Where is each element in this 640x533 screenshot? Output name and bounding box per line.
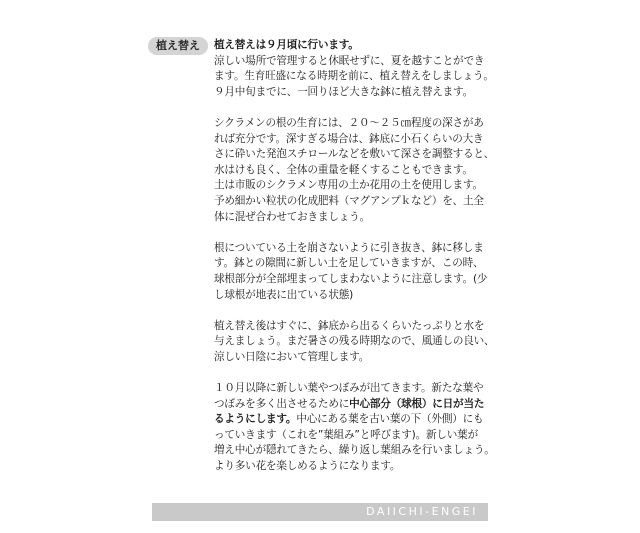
text-segment: 中心にある葉を古い葉の下（外側）にも xyxy=(296,413,483,425)
text-line: るようにします。中心にある葉を古い葉の下（外側）にも xyxy=(214,412,496,428)
text-line: 体に混ぜ合わせておきましょう。 xyxy=(214,210,496,226)
text-line: 涼しい日陰において管理します。 xyxy=(214,350,496,366)
text-line: し球根が地表に出ている状態) xyxy=(214,288,496,304)
paragraph-watering: 植え替え後はすぐに、鉢底から出るくらいたっぷりと水を 与えましょう。まだ暑さの残… xyxy=(214,319,496,366)
text-line: シクラメンの根の生育には、２０～２５㎝程度の深さがあ xyxy=(214,116,496,132)
text-line: 根についている土を崩さないように引き抜き、鉢に移しま xyxy=(214,241,496,257)
text-line: ９月中旬までに、一回りほど大きな鉢に植え替えます。 xyxy=(214,85,496,101)
text-segment: つぼみを多く出させるために xyxy=(214,398,349,410)
text-line: さに砕いた発泡スチロールなどを敷いて深さを調整すると、 xyxy=(214,147,496,163)
text-line: 水はけも良く、全体の重量を軽くすることもできます。 xyxy=(214,163,496,179)
text-line: 植え替え後はすぐに、鉢底から出るくらいたっぷりと水を xyxy=(214,319,496,335)
text-line: ます。生育旺盛になる時期を前に、植え替えをしましょう。 xyxy=(214,69,496,85)
section-badge-repotting: 植え替え xyxy=(148,37,208,55)
text-line: す。鉢との隙間に新しい土を足していきますが、この時、 xyxy=(214,256,496,272)
paragraph-leaf-arrangement: １０月以降に新しい葉やつぼみが出てきます。新たな葉や つぼみを多く出させるために… xyxy=(214,381,496,475)
text-line: 予め細かい粒状の化成肥料（マグアンプｋなど）を、土全 xyxy=(214,194,496,210)
footer-bar: DAIICHI-ENGEI xyxy=(152,503,488,521)
text-line: 植え替えは９月頃に行います。 xyxy=(214,38,496,54)
text-line: 球根部分が全部埋まってしまわないように注意します。(少 xyxy=(214,272,496,288)
text-line: 涼しい場所で管理すると休眠せずに、夏を越すことができ xyxy=(214,54,496,70)
text-line: れば充分です。深すぎる場合は、鉢底に小石くらいの大き xyxy=(214,132,496,148)
emphasis-text: 中心部分（球根）に日が当た xyxy=(349,398,484,410)
text-line: っていきます（これを”葉組み”と呼びます)。新しい葉が xyxy=(214,428,496,444)
text-line: つぼみを多く出させるために中心部分（球根）に日が当た xyxy=(214,397,496,413)
text-line: 増え中心が隠れてきたら、繰り返し葉組みを行いましょう。 xyxy=(214,443,496,459)
text-line: 土は市販のシクラメン専用の土か花用の土を使用します。 xyxy=(214,178,496,194)
heading-text: 植え替えは９月頃に行います。 xyxy=(214,39,359,51)
paragraph-transplant: 根についている土を崩さないように引き抜き、鉢に移しま す。鉢との隙間に新しい土を… xyxy=(214,241,496,303)
text-line: より多い花を楽しめるようになります。 xyxy=(214,459,496,475)
paragraph-intro: 植え替えは９月頃に行います。 涼しい場所で管理すると休眠せずに、夏を越すことがで… xyxy=(214,38,496,100)
text-line: １０月以降に新しい葉やつぼみが出てきます。新たな葉や xyxy=(214,381,496,397)
text-line: 与えましょう。まだ暑さの残る時期なので、風通しの良い、 xyxy=(214,334,496,350)
emphasis-text: るようにします。 xyxy=(214,413,296,425)
brand-name: DAIICHI-ENGEI xyxy=(366,503,478,521)
paragraph-soil: シクラメンの根の生育には、２０～２５㎝程度の深さがあ れば充分です。深すぎる場合… xyxy=(214,116,496,225)
article-body: 植え替えは９月頃に行います。 涼しい場所で管理すると休眠せずに、夏を越すことがで… xyxy=(214,38,496,490)
